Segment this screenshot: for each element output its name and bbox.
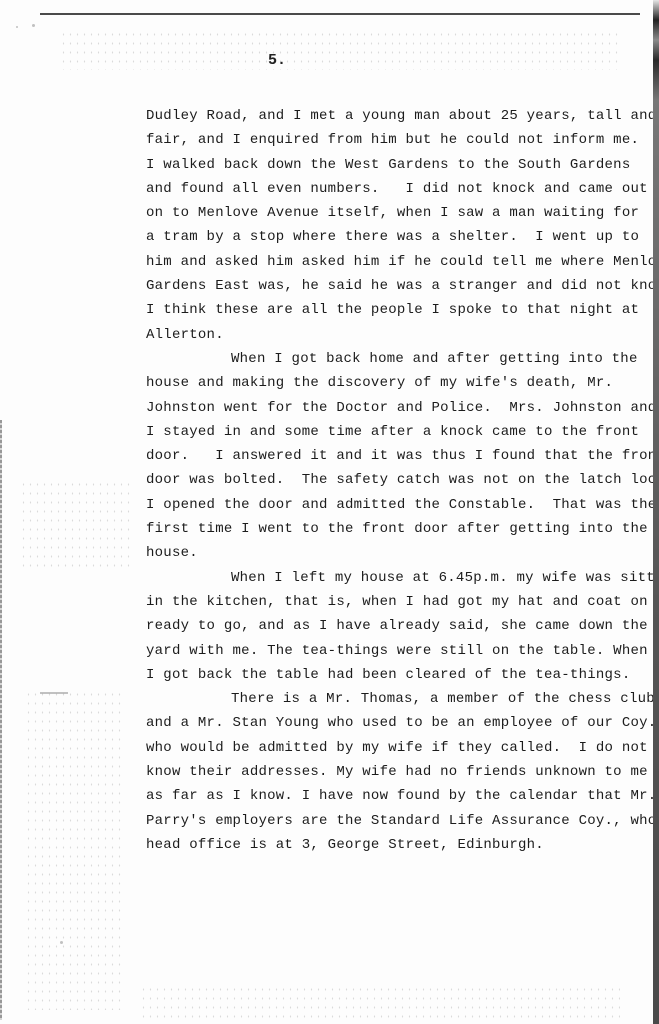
text-line: door. I answered it and it was thus I fo… (146, 444, 654, 468)
left-scan-edge (0, 420, 2, 1020)
text-line: There is a Mr. Thomas, a member of the c… (146, 687, 654, 711)
text-line: him and asked him asked him if he could … (146, 250, 654, 274)
text-line: I opened the door and admitted the Const… (146, 493, 654, 517)
document-page: 5. Dudley Road, and I met a young man ab… (0, 0, 654, 1024)
scan-noise (60, 30, 620, 70)
text-line: on to Menlove Avenue itself, when I saw … (146, 201, 654, 225)
text-line: Dudley Road, and I met a young man about… (146, 104, 654, 128)
right-scan-edge (653, 0, 659, 1024)
scan-noise (140, 985, 620, 1021)
text-line: first time I went to the front door afte… (146, 517, 654, 541)
scan-speck (60, 941, 63, 944)
text-line: and a Mr. Stan Young who used to be an e… (146, 711, 654, 735)
scan-speck (40, 692, 68, 694)
text-line: I stayed in and some time after a knock … (146, 420, 654, 444)
text-line: house. (146, 541, 654, 565)
scan-noise (20, 480, 130, 570)
top-rule-line (40, 13, 640, 15)
text-line: Allerton. (146, 323, 654, 347)
text-line: fair, and I enquired from him but he cou… (146, 128, 654, 152)
text-line: yard with me. The tea-things were still … (146, 639, 654, 663)
text-line: who would be admitted by my wife if they… (146, 736, 654, 760)
typed-statement-text: Dudley Road, and I met a young man about… (146, 104, 654, 857)
text-line: know their addresses. My wife had no fri… (146, 760, 654, 784)
text-line: Gardens East was, he said he was a stran… (146, 274, 654, 298)
scan-speck (32, 24, 35, 27)
text-line: and found all even numbers. I did not kn… (146, 177, 654, 201)
text-line: I got back the table had been cleared of… (146, 663, 654, 687)
text-line: as far as I know. I have now found by th… (146, 784, 654, 808)
text-line: door was bolted. The safety catch was no… (146, 468, 654, 492)
text-line: Parry's employers are the Standard Life … (146, 809, 654, 833)
text-line: I walked back down the West Gardens to t… (146, 153, 654, 177)
text-line: ready to go, and as I have already said,… (146, 614, 654, 638)
scan-noise (25, 690, 125, 1010)
text-line: I think these are all the people I spoke… (146, 298, 654, 322)
text-line: Johnston went for the Doctor and Police.… (146, 396, 654, 420)
text-line: in the kitchen, that is, when I had got … (146, 590, 654, 614)
text-line: house and making the discovery of my wif… (146, 371, 654, 395)
text-line: head office is at 3, George Street, Edin… (146, 833, 654, 857)
page-number: 5. (268, 52, 286, 69)
text-line: When I got back home and after getting i… (146, 347, 654, 371)
text-line: When I left my house at 6.45p.m. my wife… (146, 566, 654, 590)
scan-speck (16, 26, 18, 28)
text-line: a tram by a stop where there was a shelt… (146, 225, 654, 249)
